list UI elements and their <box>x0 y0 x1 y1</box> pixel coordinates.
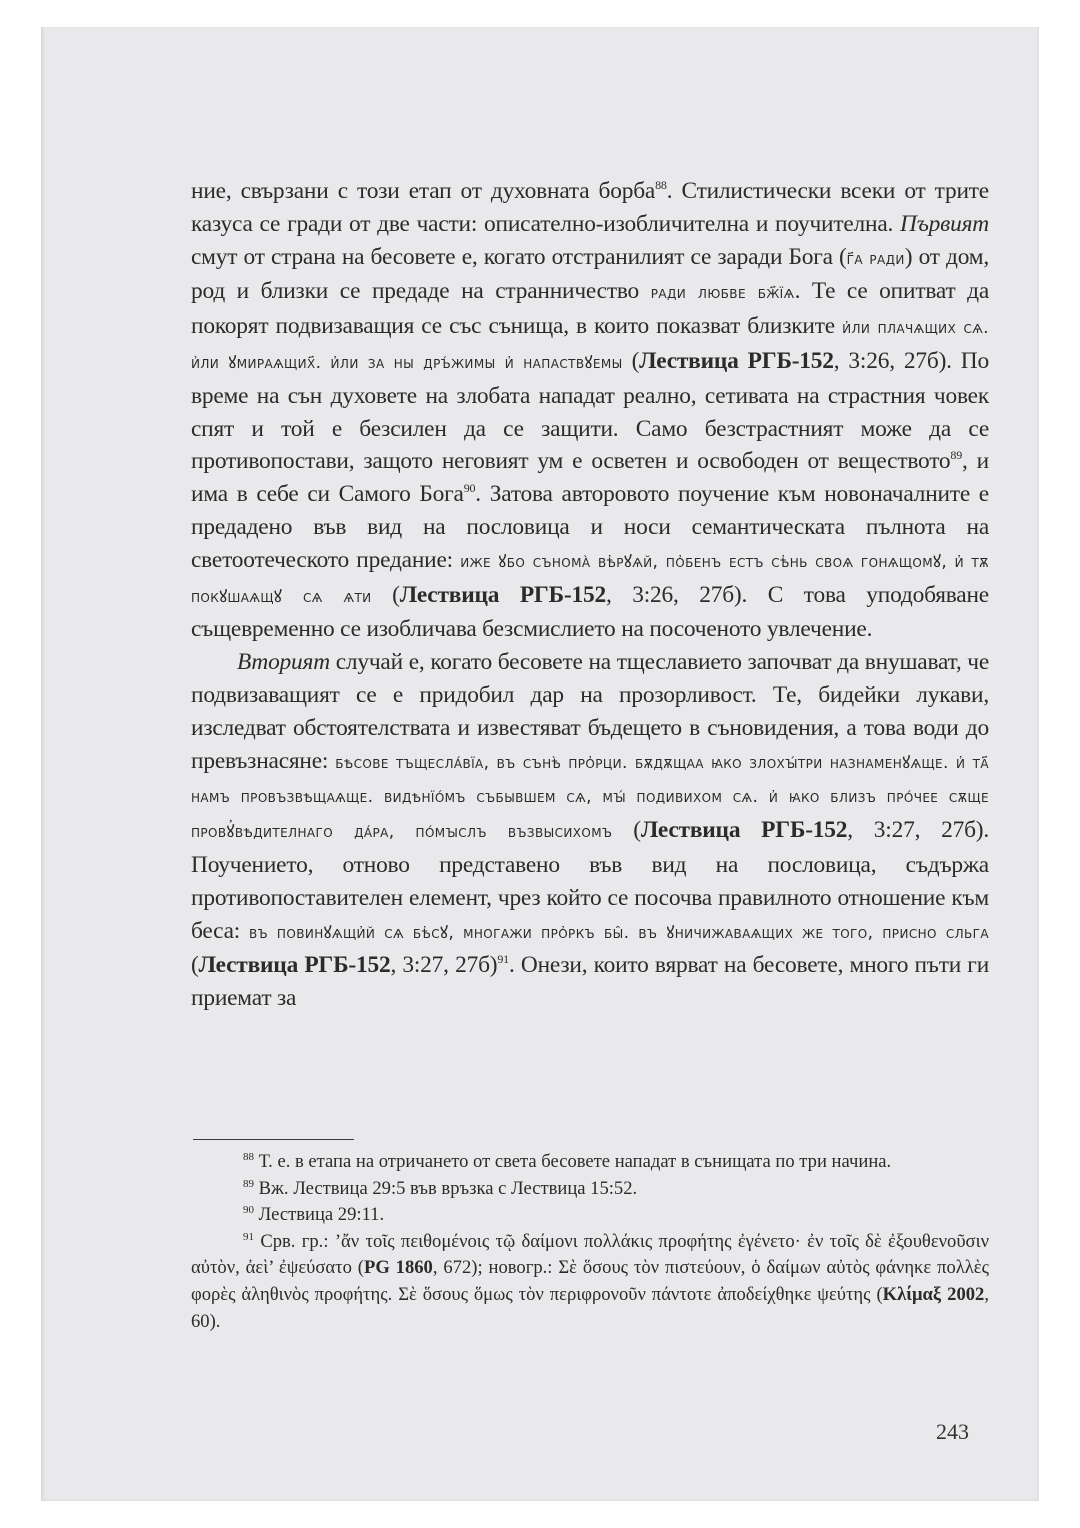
footnote-number: 90 <box>243 1204 254 1216</box>
book-page: ние, свързани с този етап от духовната б… <box>41 27 1039 1501</box>
church-slavonic-quote: въ повинꙋѧщи҆й сѧ бѣ҆сꙋ, многажи про҆ркъ… <box>249 923 989 943</box>
footnote-88: 88 Т. е. в етапа на отричането от света … <box>191 1149 989 1176</box>
footnote-number: 91 <box>243 1231 254 1243</box>
footnote-ref-88[interactable]: 88 <box>655 178 667 192</box>
source-reference: Лествица РГБ-152 <box>639 348 834 374</box>
church-slavonic-quote: ради любве бж҃їѧ <box>651 283 795 303</box>
footnote-ref-91[interactable]: 91 <box>497 952 509 966</box>
footnotes: 88 Т. е. в етапа на отричането от света … <box>191 1149 989 1335</box>
footnote-text: Лествица 29:11. <box>254 1204 384 1225</box>
text-run: ( <box>623 348 640 374</box>
source-reference: Κλίμαξ 2002 <box>883 1284 985 1305</box>
footnote-number: 88 <box>243 1151 254 1163</box>
source-reference: PG 1860 <box>364 1257 433 1278</box>
footnote-text: Вж. Лествица 29:5 във връзка с Лествица … <box>254 1178 637 1199</box>
footnote-91: 91 Срв. гр.: ’ἄν τοῖς πειθομένοις τῷ δαί… <box>191 1229 989 1335</box>
footnote-ref-90[interactable]: 90 <box>464 481 476 495</box>
footnote-text: Т. е. в етапа на отричането от света бес… <box>254 1151 891 1172</box>
source-reference: Лествица РГБ-152 <box>199 952 391 978</box>
text-run: ( <box>612 817 640 843</box>
page-number: 243 <box>936 1419 969 1445</box>
text-run: ние, свързани с този етап от духовната б… <box>191 178 655 204</box>
footnote-divider <box>193 1139 354 1140</box>
paragraph-2: Вторият случай е, когато бесовете на тще… <box>191 646 989 1015</box>
church-slavonic-quote: г҃а ради <box>847 249 905 269</box>
paragraph-1: ние, свързани с този етап от духовната б… <box>191 175 989 646</box>
source-reference: Лествица РГБ-152 <box>641 817 847 843</box>
emphasis-second: Вторият <box>237 649 330 675</box>
emphasis-first: Първият <box>900 211 989 237</box>
source-reference: Лествица РГБ-152 <box>400 582 606 608</box>
text-run: ( <box>191 952 199 978</box>
text-run: , 3:27, 27б) <box>390 952 497 978</box>
footnote-89: 89 Вж. Лествица 29:5 във връзка с Лестви… <box>191 1176 989 1203</box>
footnote-ref-89[interactable]: 89 <box>950 448 962 462</box>
footnote-90: 90 Лествица 29:11. <box>191 1202 989 1229</box>
text-run: смут от страна на бесовете е, когато отс… <box>191 244 847 270</box>
body-text: ние, свързани с този етап от духовната б… <box>191 175 989 1015</box>
text-run: ( <box>372 582 400 608</box>
footnote-number: 89 <box>243 1178 254 1190</box>
